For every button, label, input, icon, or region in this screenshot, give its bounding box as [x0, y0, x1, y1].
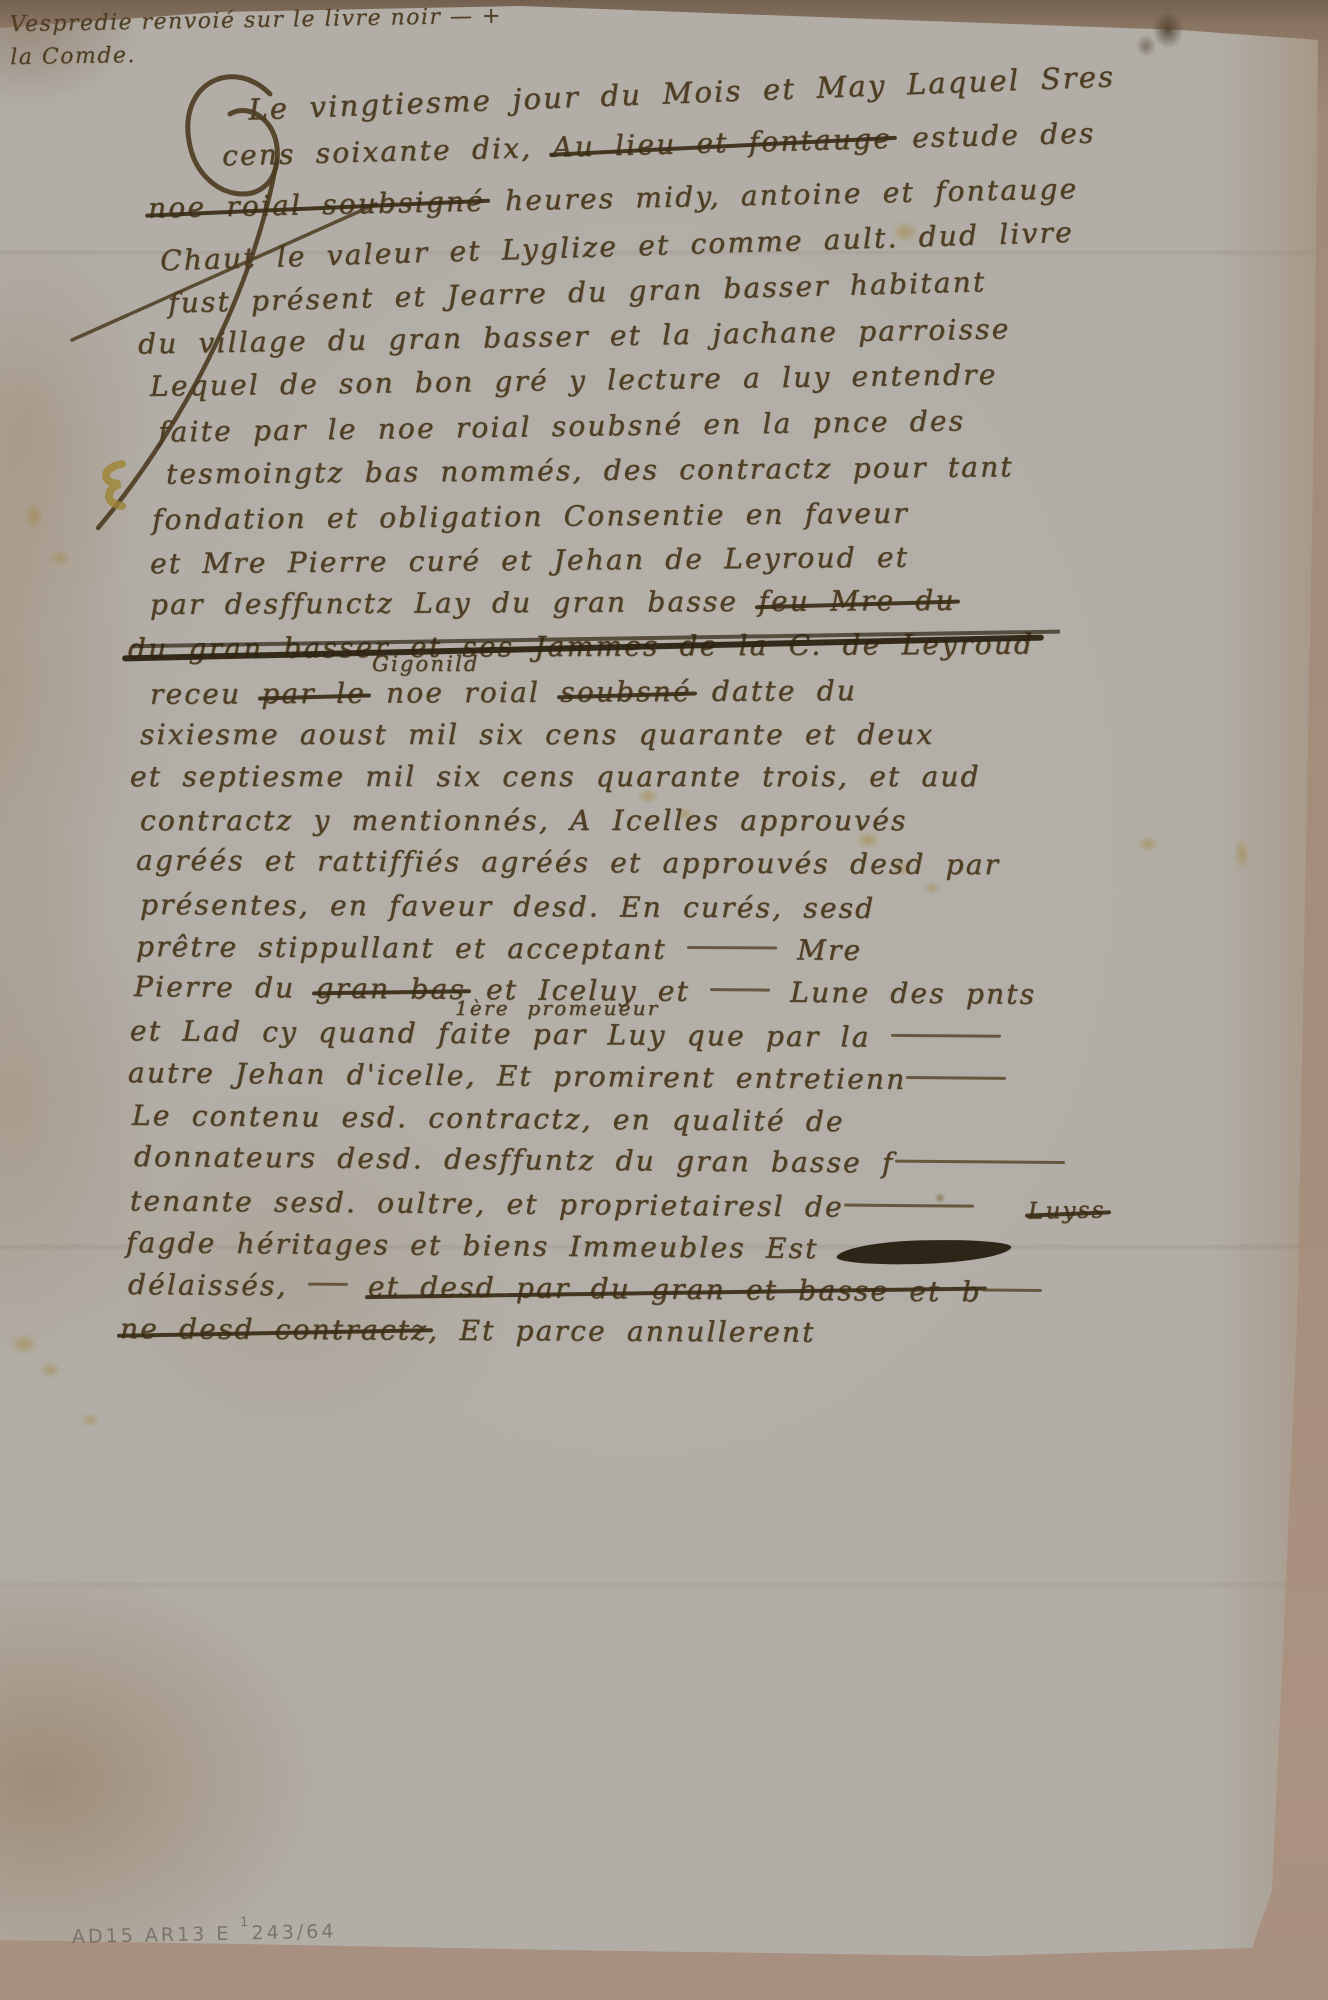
- manuscript-text-segment: Gigonild: [372, 652, 480, 676]
- manuscript-line-26: Le contenu esd. contractz, en qualité de: [132, 1099, 845, 1138]
- manuscript-text-segment: fondation et obligation Consentie en fav…: [152, 497, 909, 537]
- manuscript-text-segment: noe roial: [366, 676, 560, 710]
- manuscript-text-segment: présentes, en faveur desd. En curés, ses…: [140, 888, 876, 925]
- struck-text-segment: du gran basser et ses Jammes de la C. de…: [128, 628, 1034, 666]
- manuscript-line-18: contractz y mentionnés, A Icelles approu…: [140, 804, 908, 837]
- manuscript-line-19: agréés et rattiffiés agréés et approuvés…: [136, 844, 1000, 882]
- manuscript-text-segment: contractz y mentionnés, A Icelles approu…: [140, 804, 908, 837]
- archival-reference-sup: 1: [240, 1915, 252, 1930]
- manuscript-line-20: présentes, en faveur desd. En curés, ses…: [140, 888, 876, 925]
- manuscript-line-11: et Mre Pierre curé et Jehan de Leyroud e…: [150, 541, 909, 581]
- manuscript-line-16: sixiesme aoust mil six cens quarante et …: [140, 718, 934, 751]
- ink-rule: [906, 1076, 1006, 1079]
- manuscript-text-segment: Pierre du: [134, 970, 316, 1005]
- manuscript-text-segment: par desffunctz Lay du gran basse: [150, 585, 759, 621]
- ink-rule: [844, 1204, 974, 1208]
- ink-rule: [982, 1289, 1042, 1292]
- manuscript-text-segment: et septiesme mil six cens quarante trois…: [130, 760, 981, 793]
- ink-rule: [308, 1283, 348, 1286]
- manuscript-text-segment: tenante sesd. oultre, et proprietairesl …: [130, 1184, 844, 1223]
- manuscript-line-14: Gigonild: [372, 652, 480, 676]
- manuscript-line-32: ne desd contractz, Et parce annullerent: [120, 1312, 816, 1349]
- manuscript-line-15: receu par le noe roial soubsné datte du: [150, 674, 857, 711]
- manuscript-text-segment: fagde héritages et biens Immeubles Est: [126, 1226, 839, 1265]
- struck-text-segment: noe roial soubsigné: [148, 185, 486, 225]
- manuscript-line-10: fondation et obligation Consentie en fav…: [152, 497, 909, 537]
- manuscript-line-21: prêtre stippullant et acceptant Mre: [136, 930, 863, 967]
- manuscript-text-segment: datte du: [692, 674, 857, 708]
- manuscript-text-segment: agréés et rattiffiés agréés et approuvés…: [136, 844, 1000, 882]
- margin-note: Vespredie renvoié sur le livre noir — + …: [10, 4, 503, 71]
- struck-text-segment: soubsné: [560, 675, 692, 709]
- manuscript-text-segment: délaissés,: [128, 1268, 308, 1303]
- ink-blot: [832, 1237, 1015, 1265]
- manuscript-line-29: Luyss: [1028, 1197, 1106, 1224]
- ink-rule: [710, 988, 770, 991]
- struck-text-segment: par le: [261, 677, 366, 711]
- manuscript-line-17: et septiesme mil six cens quarante trois…: [130, 760, 981, 793]
- manuscript-text-segment: Lune des pnts: [770, 976, 1036, 1011]
- ink-rule: [891, 1034, 1001, 1037]
- manuscript-text-segment: Le contenu esd. contractz, en qualité de: [132, 1099, 845, 1138]
- struck-text-segment: et desd par du gran et basse et b: [368, 1270, 982, 1308]
- manuscript-text-segment: , Et parce annullerent: [428, 1314, 816, 1349]
- manuscript-photo: Vespredie renvoié sur le livre noir — + …: [0, 0, 1328, 2000]
- manuscript-text-segment: donnateurs desd. desffuntz du gran basse…: [134, 1140, 895, 1180]
- ink-rule: [687, 946, 777, 949]
- margin-note-line1: Vespredie renvoié sur le livre noir — +: [10, 4, 503, 38]
- archival-reference-suffix: 243/64: [251, 1921, 336, 1945]
- struck-text-segment: gran bas: [315, 972, 466, 1006]
- manuscript-line-13: du gran basser et ses Jammes de la C. de…: [128, 628, 1034, 666]
- manuscript-text-segment: autre Jehan d'icelle, Et promirent entre…: [128, 1056, 907, 1096]
- ink-rule: [895, 1160, 1065, 1164]
- manuscript-text-segment: et Lad cy quand faite par Luy que par la: [130, 1014, 891, 1054]
- manuscript-text-segment: et Mre Pierre curé et Jehan de Leyroud e…: [150, 541, 909, 581]
- manuscript-text-segment: estude des: [892, 117, 1096, 155]
- struck-text-segment: Luyss: [1028, 1197, 1106, 1224]
- manuscript-line-12: par desffunctz Lay du gran basse feu Mre…: [150, 584, 956, 621]
- manuscript-text-segment: sixiesme aoust mil six cens quarante et …: [140, 718, 934, 751]
- manuscript-text-segment: prêtre stippullant et acceptant: [136, 930, 687, 966]
- struck-text-segment: ne desd contractz: [120, 1312, 428, 1347]
- manuscript-text-segment: receu: [150, 677, 262, 711]
- manuscript-text-segment: Mre: [777, 933, 862, 966]
- archival-reference-prefix: AD15 AR13 E: [72, 1923, 241, 1949]
- struck-text-segment: feu Mre du: [758, 584, 956, 618]
